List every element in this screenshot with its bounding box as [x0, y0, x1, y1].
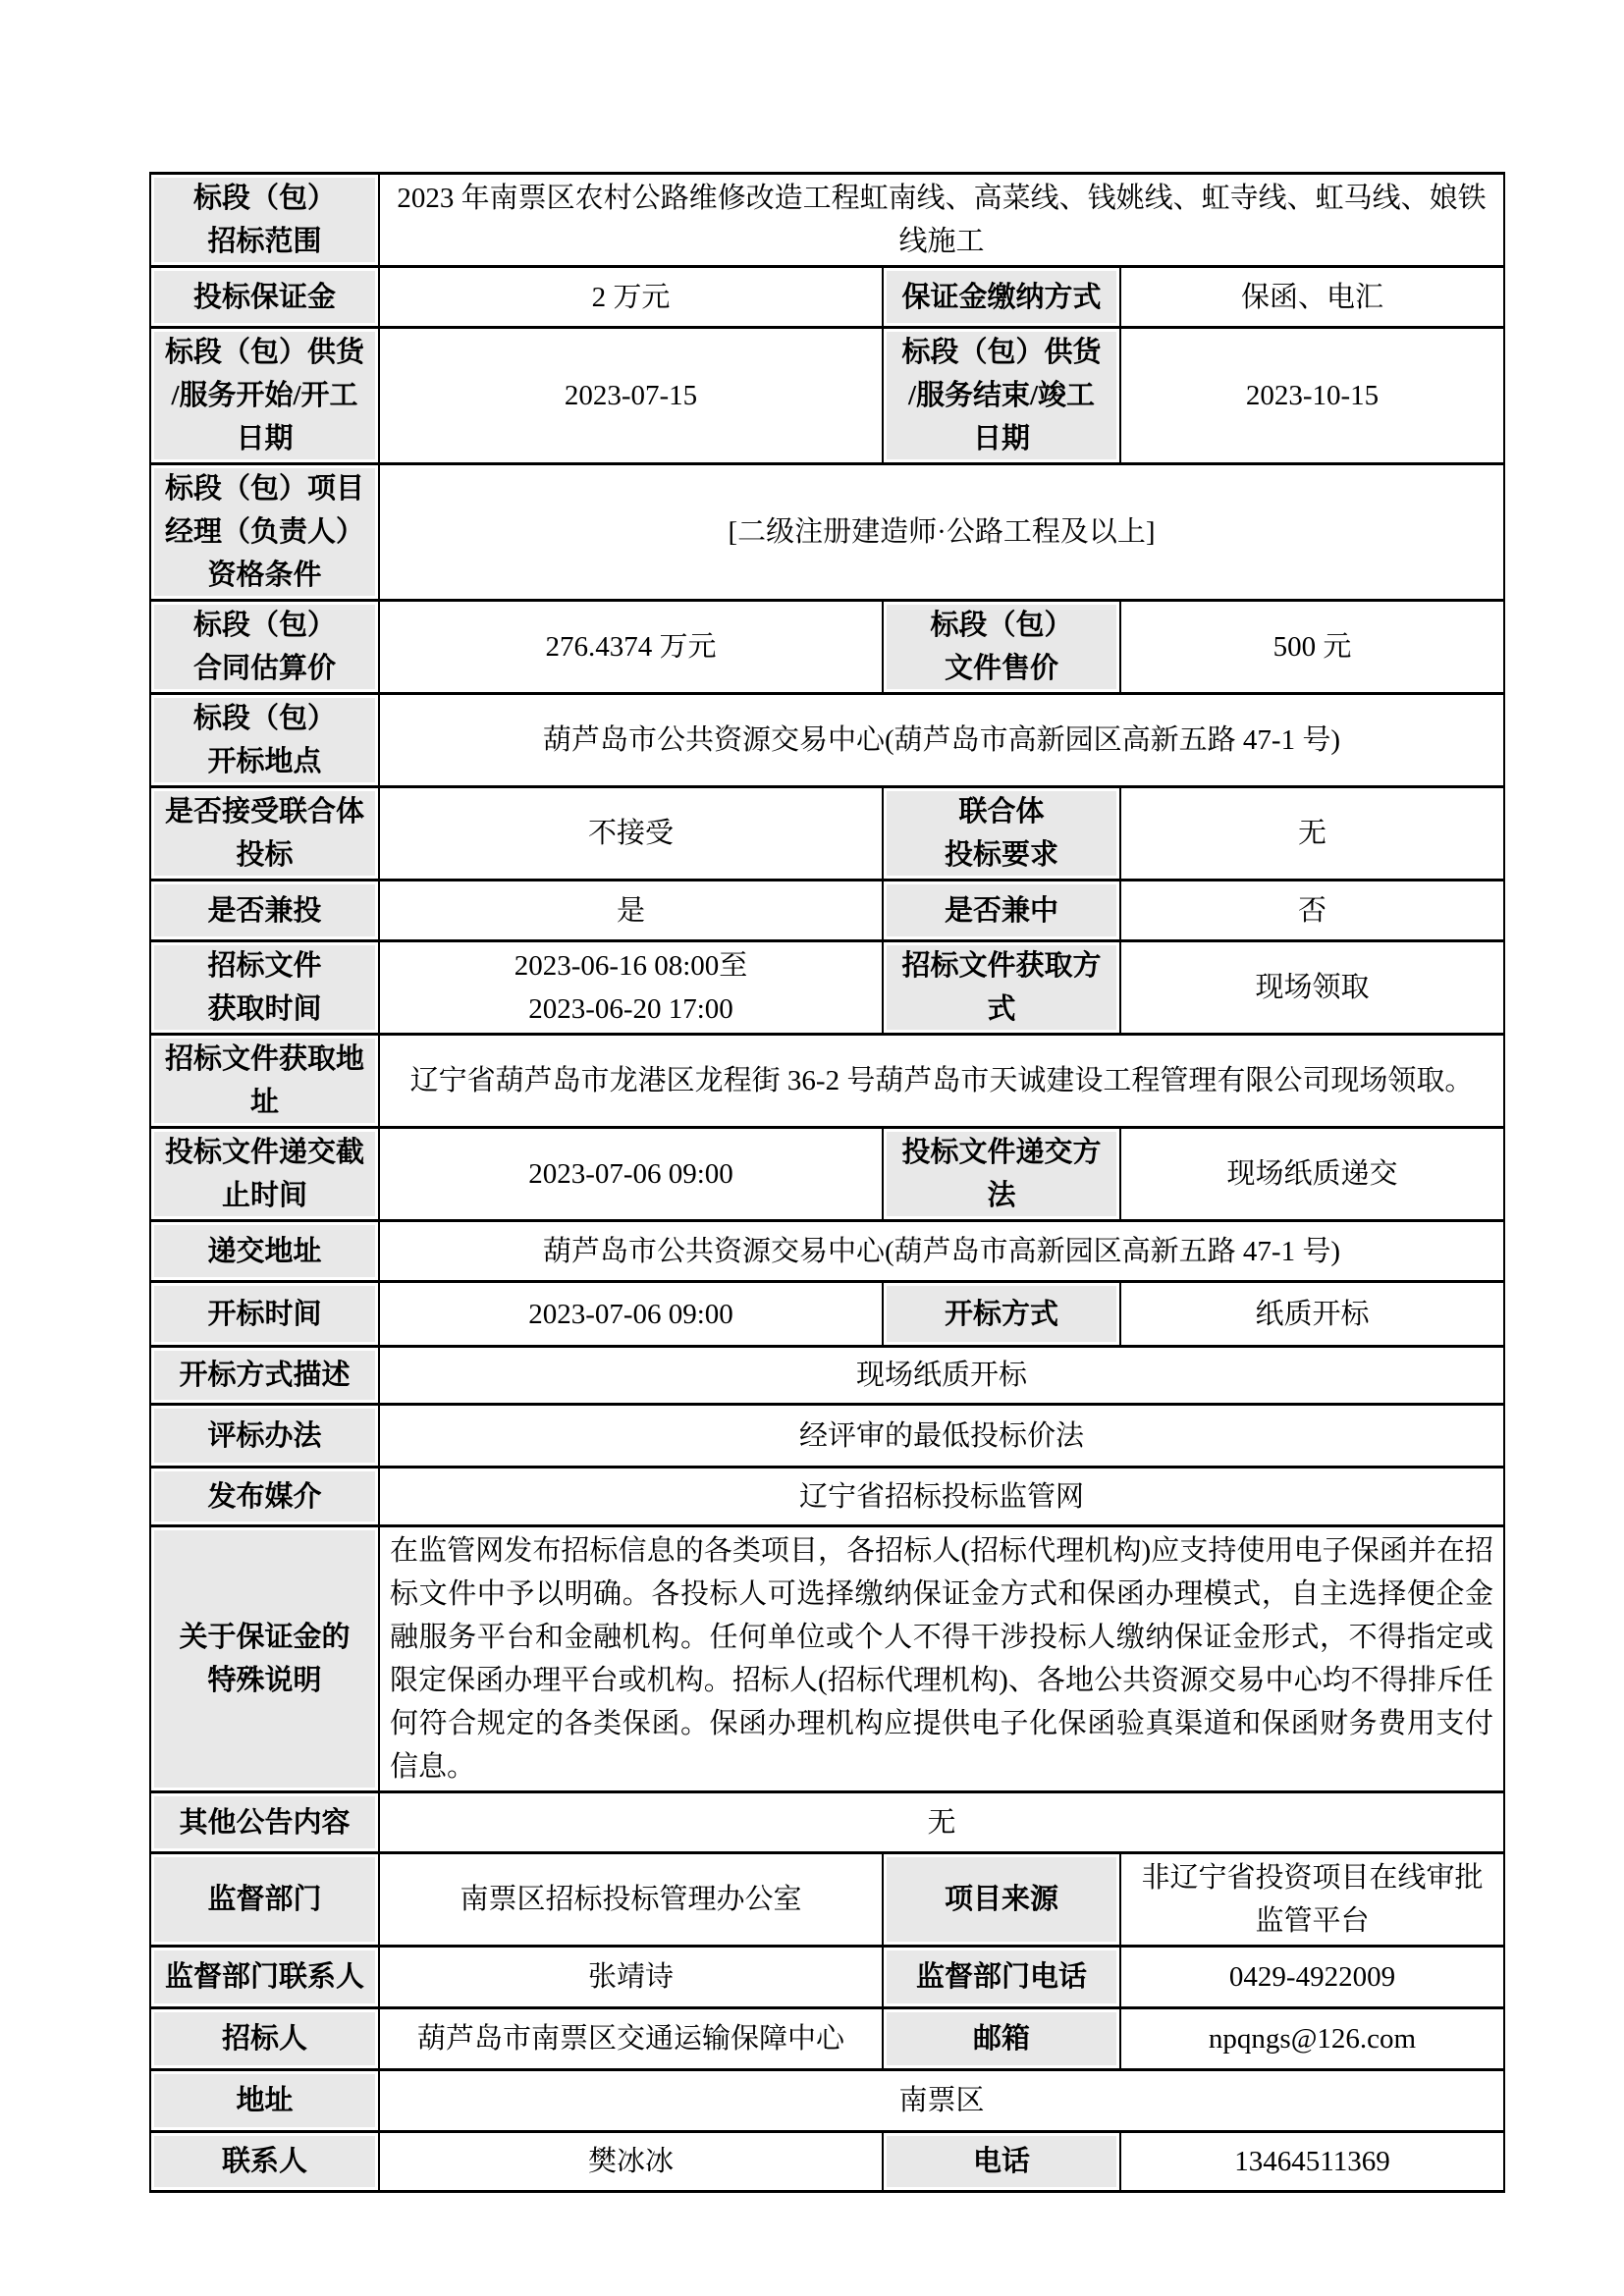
- row-value: 葫芦岛市公共资源交易中心(葫芦岛市高新园区高新五路 47-1 号): [379, 694, 1504, 787]
- cell-line: 监督部门: [161, 1878, 368, 1921]
- cell-line: 止时间: [161, 1174, 368, 1217]
- cell-line: 投标文件递交方: [893, 1131, 1110, 1174]
- table-row: 其他公告内容无: [150, 1792, 1504, 1853]
- table-row: 招标人葫芦岛市南票区交通运输保障中心邮箱npqngs@126.com: [150, 2008, 1504, 2070]
- row-label: 标段（包）开标地点: [150, 694, 379, 787]
- row-value: 樊冰冰: [379, 2132, 883, 2192]
- row-label: 监督部门联系人: [150, 1947, 379, 2008]
- cell-line: 项目来源: [893, 1878, 1110, 1921]
- cell-line: 辽宁省葫芦岛市龙港区龙程街 36-2 号葫芦岛市天诚建设工程管理有限公司现场领取…: [390, 1059, 1493, 1102]
- table-row: 关于保证金的特殊说明在监管网发布招标信息的各类项目，各招标人(招标代理机构)应支…: [150, 1526, 1504, 1792]
- cell-line: 葫芦岛市公共资源交易中心(葫芦岛市高新园区高新五路 47-1 号): [390, 1230, 1493, 1273]
- table-row: 评标办法经评审的最低投标价法: [150, 1405, 1504, 1468]
- cell-line: 投标保证金: [161, 276, 368, 319]
- row-label: 是否兼中: [883, 881, 1120, 941]
- cell-line: 投标要求: [893, 833, 1110, 877]
- cell-line: 张靖诗: [390, 1955, 872, 1999]
- row-value: 南票区招标投标管理办公室: [379, 1853, 883, 1947]
- cell-line: 现场领取: [1131, 966, 1493, 1009]
- cell-line: 邮箱: [893, 2017, 1110, 2060]
- cell-line: 投标: [161, 833, 368, 877]
- cell-line: npqngs@126.com: [1131, 2017, 1493, 2060]
- cell-line: 投标文件递交截: [161, 1131, 368, 1174]
- row-value: 2023-07-15: [379, 328, 883, 464]
- cell-line: 是: [390, 889, 872, 933]
- row-value: 否: [1120, 881, 1504, 941]
- cell-line: 2023-06-16 08:00至: [390, 944, 872, 988]
- cell-line: 经理（负责人）: [161, 510, 368, 554]
- cell-line: 2023-10-15: [1131, 374, 1493, 417]
- cell-line: 招标文件: [161, 944, 368, 988]
- cell-line: 开标地点: [161, 740, 368, 783]
- table-row: 递交地址葫芦岛市公共资源交易中心(葫芦岛市高新园区高新五路 47-1 号): [150, 1221, 1504, 1282]
- cell-line: 招标文件获取地: [161, 1038, 368, 1081]
- row-value: 2023-10-15: [1120, 328, 1504, 464]
- cell-line: 获取时间: [161, 988, 368, 1031]
- cell-line: 辽宁省招标投标监管网: [390, 1475, 1493, 1519]
- tender-info-table: 标段（包）招标范围2023 年南票区农村公路维修改造工程虹南线、高菜线、钱姚线、…: [149, 172, 1505, 2193]
- row-value: 现场纸质开标: [379, 1347, 1504, 1405]
- cell-line: 现场纸质开标: [390, 1354, 1493, 1397]
- row-label: 招标人: [150, 2008, 379, 2070]
- cell-line: 文件售价: [893, 647, 1110, 690]
- row-label: 保证金缴纳方式: [883, 267, 1120, 328]
- cell-line: 保证金缴纳方式: [893, 276, 1110, 319]
- row-label: 评标办法: [150, 1405, 379, 1468]
- row-label: 开标方式: [883, 1282, 1120, 1347]
- row-label: 标段（包）供货/服务开始/开工日期: [150, 328, 379, 464]
- cell-line: 递交地址: [161, 1230, 368, 1273]
- row-value: 276.4374 万元: [379, 601, 883, 694]
- cell-line: 在监管网发布招标信息的各类项目，各招标人(招标代理机构)应支持使用电子保函并在招…: [390, 1529, 1493, 1789]
- table-row: 标段（包）开标地点葫芦岛市公共资源交易中心(葫芦岛市高新园区高新五路 47-1 …: [150, 694, 1504, 787]
- cell-line: 标段（包）供货: [893, 331, 1110, 374]
- row-value: [二级注册建造师·公路工程及以上]: [379, 464, 1504, 601]
- row-value: 南票区: [379, 2070, 1504, 2132]
- row-label: 项目来源: [883, 1853, 1120, 1947]
- table-row: 招标文件获取地址辽宁省葫芦岛市龙港区龙程街 36-2 号葫芦岛市天诚建设工程管理…: [150, 1035, 1504, 1128]
- table-row: 投标文件递交截止时间2023-07-06 09:00投标文件递交方法现场纸质递交: [150, 1128, 1504, 1221]
- table-row: 监督部门南票区招标投标管理办公室项目来源非辽宁省投资项目在线审批监管平台: [150, 1853, 1504, 1947]
- row-label: 其他公告内容: [150, 1792, 379, 1853]
- row-label: 标段（包）文件售价: [883, 601, 1120, 694]
- table-row: 联系人樊冰冰电话13464511369: [150, 2132, 1504, 2192]
- cell-line: 式: [893, 988, 1110, 1031]
- cell-line: 标段（包）项目: [161, 467, 368, 510]
- row-value: 是: [379, 881, 883, 941]
- tender-table-body: 标段（包）招标范围2023 年南票区农村公路维修改造工程虹南线、高菜线、钱姚线、…: [150, 174, 1504, 2192]
- row-value: 辽宁省葫芦岛市龙港区龙程街 36-2 号葫芦岛市天诚建设工程管理有限公司现场领取…: [379, 1035, 1504, 1128]
- cell-line: 是否接受联合体: [161, 790, 368, 833]
- table-row: 标段（包）合同估算价276.4374 万元标段（包）文件售价500 元: [150, 601, 1504, 694]
- cell-line: 联合体: [893, 790, 1110, 833]
- cell-line: 纸质开标: [1131, 1293, 1493, 1336]
- row-value: 2023-07-06 09:00: [379, 1282, 883, 1347]
- row-label: 联合体投标要求: [883, 787, 1120, 881]
- cell-line: 500 元: [1131, 625, 1493, 668]
- cell-line: 无: [390, 1801, 1493, 1844]
- row-value: 纸质开标: [1120, 1282, 1504, 1347]
- table-row: 标段（包）招标范围2023 年南票区农村公路维修改造工程虹南线、高菜线、钱姚线、…: [150, 174, 1504, 267]
- cell-line: 保函、电汇: [1131, 276, 1493, 319]
- cell-line: 关于保证金的: [161, 1616, 368, 1659]
- cell-line: 合同估算价: [161, 647, 368, 690]
- row-label: 是否接受联合体投标: [150, 787, 379, 881]
- row-label: 投标文件递交截止时间: [150, 1128, 379, 1221]
- cell-line: 2023-07-06 09:00: [390, 1293, 872, 1336]
- cell-line: 电话: [893, 2140, 1110, 2183]
- row-label: 递交地址: [150, 1221, 379, 1282]
- row-label: 监督部门: [150, 1853, 379, 1947]
- cell-line: 监督部门电话: [893, 1955, 1110, 1999]
- row-value: 2 万元: [379, 267, 883, 328]
- row-label: 监督部门电话: [883, 1947, 1120, 2008]
- row-value: 13464511369: [1120, 2132, 1504, 2192]
- row-label: 地址: [150, 2070, 379, 2132]
- row-value: npqngs@126.com: [1120, 2008, 1504, 2070]
- table-row: 标段（包）项目经理（负责人）资格条件[二级注册建造师·公路工程及以上]: [150, 464, 1504, 601]
- row-value: 保函、电汇: [1120, 267, 1504, 328]
- cell-line: 13464511369: [1131, 2140, 1493, 2183]
- document-page: 标段（包）招标范围2023 年南票区农村公路维修改造工程虹南线、高菜线、钱姚线、…: [0, 0, 1624, 2296]
- cell-line: 标段（包）: [161, 177, 368, 220]
- cell-line: 招标文件获取方: [893, 944, 1110, 988]
- cell-line: 监督部门联系人: [161, 1955, 368, 1999]
- row-label: 关于保证金的特殊说明: [150, 1526, 379, 1792]
- cell-line: 非辽宁省投资项目在线审批监管平台: [1131, 1856, 1493, 1943]
- row-value: 张靖诗: [379, 1947, 883, 2008]
- table-row: 是否兼投是是否兼中否: [150, 881, 1504, 941]
- row-label: 招标文件获取方式: [883, 941, 1120, 1035]
- row-label: 标段（包）合同估算价: [150, 601, 379, 694]
- row-value: 葫芦岛市南票区交通运输保障中心: [379, 2008, 883, 2070]
- cell-line: 2023-06-20 17:00: [390, 988, 872, 1031]
- row-value: 辽宁省招标投标监管网: [379, 1468, 1504, 1526]
- cell-line: 是否兼中: [893, 889, 1110, 933]
- row-label: 标段（包）供货/服务结束/竣工日期: [883, 328, 1120, 464]
- row-value: 2023 年南票区农村公路维修改造工程虹南线、高菜线、钱姚线、虹寺线、虹马线、娘…: [379, 174, 1504, 267]
- row-label: 联系人: [150, 2132, 379, 2192]
- table-row: 发布媒介辽宁省招标投标监管网: [150, 1468, 1504, 1526]
- cell-line: 招标范围: [161, 220, 368, 263]
- row-value: 无: [1120, 787, 1504, 881]
- cell-line: 联系人: [161, 2140, 368, 2183]
- row-label: 是否兼投: [150, 881, 379, 941]
- row-label: 发布媒介: [150, 1468, 379, 1526]
- row-value: 500 元: [1120, 601, 1504, 694]
- cell-line: /服务结束/竣工: [893, 374, 1110, 417]
- table-row: 开标方式描述现场纸质开标: [150, 1347, 1504, 1405]
- row-label: 投标文件递交方法: [883, 1128, 1120, 1221]
- table-row: 地址南票区: [150, 2070, 1504, 2132]
- cell-line: 标段（包）供货: [161, 331, 368, 374]
- cell-line: 地址: [161, 2079, 368, 2122]
- cell-line: 南票区招标投标管理办公室: [390, 1878, 872, 1921]
- cell-line: 发布媒介: [161, 1475, 368, 1519]
- cell-line: [二级注册建造师·公路工程及以上]: [390, 510, 1493, 554]
- table-row: 开标时间2023-07-06 09:00开标方式纸质开标: [150, 1282, 1504, 1347]
- cell-line: 南票区: [390, 2079, 1493, 2122]
- table-row: 是否接受联合体投标不接受联合体投标要求无: [150, 787, 1504, 881]
- row-value: 现场领取: [1120, 941, 1504, 1035]
- cell-line: 葫芦岛市公共资源交易中心(葫芦岛市高新园区高新五路 47-1 号): [390, 719, 1493, 762]
- cell-line: 其他公告内容: [161, 1801, 368, 1844]
- cell-line: 葫芦岛市南票区交通运输保障中心: [390, 2017, 872, 2060]
- cell-line: 经评审的最低投标价法: [390, 1415, 1493, 1458]
- cell-line: 不接受: [390, 812, 872, 855]
- cell-line: 评标办法: [161, 1415, 368, 1458]
- cell-line: 特殊说明: [161, 1659, 368, 1702]
- row-label: 电话: [883, 2132, 1120, 2192]
- row-value: 0429-4922009: [1120, 1947, 1504, 2008]
- row-value: 非辽宁省投资项目在线审批监管平台: [1120, 1853, 1504, 1947]
- cell-line: 2023-07-06 09:00: [390, 1152, 872, 1196]
- cell-line: 2 万元: [390, 276, 872, 319]
- cell-line: 0429-4922009: [1131, 1955, 1493, 1999]
- row-value: 无: [379, 1792, 1504, 1853]
- cell-line: 址: [161, 1081, 368, 1124]
- cell-line: 否: [1131, 889, 1493, 933]
- cell-line: 招标人: [161, 2017, 368, 2060]
- cell-line: 是否兼投: [161, 889, 368, 933]
- row-label: 招标文件获取时间: [150, 941, 379, 1035]
- cell-line: 标段（包）: [161, 697, 368, 740]
- cell-line: 开标方式描述: [161, 1354, 368, 1397]
- cell-line: 2023 年南票区农村公路维修改造工程虹南线、高菜线、钱姚线、虹寺线、虹马线、娘…: [390, 177, 1493, 263]
- cell-line: 日期: [893, 417, 1110, 460]
- table-row: 招标文件获取时间2023-06-16 08:00至2023-06-20 17:0…: [150, 941, 1504, 1035]
- row-label: 投标保证金: [150, 267, 379, 328]
- cell-line: 樊冰冰: [390, 2140, 872, 2183]
- cell-line: /服务开始/开工: [161, 374, 368, 417]
- row-label: 开标方式描述: [150, 1347, 379, 1405]
- row-value: 经评审的最低投标价法: [379, 1405, 1504, 1468]
- cell-line: 276.4374 万元: [390, 625, 872, 668]
- row-value: 2023-07-06 09:00: [379, 1128, 883, 1221]
- row-label: 招标文件获取地址: [150, 1035, 379, 1128]
- table-row: 标段（包）供货/服务开始/开工日期2023-07-15标段（包）供货/服务结束/…: [150, 328, 1504, 464]
- cell-line: 资格条件: [161, 554, 368, 597]
- row-label: 开标时间: [150, 1282, 379, 1347]
- cell-line: 标段（包）: [161, 604, 368, 647]
- cell-line: 2023-07-15: [390, 374, 872, 417]
- cell-line: 开标方式: [893, 1293, 1110, 1336]
- cell-line: 法: [893, 1174, 1110, 1217]
- table-row: 投标保证金2 万元保证金缴纳方式保函、电汇: [150, 267, 1504, 328]
- row-value: 葫芦岛市公共资源交易中心(葫芦岛市高新园区高新五路 47-1 号): [379, 1221, 1504, 1282]
- row-label: 标段（包）招标范围: [150, 174, 379, 267]
- row-value: 不接受: [379, 787, 883, 881]
- cell-line: 开标时间: [161, 1293, 368, 1336]
- table-row: 监督部门联系人张靖诗监督部门电话0429-4922009: [150, 1947, 1504, 2008]
- row-value: 2023-06-16 08:00至2023-06-20 17:00: [379, 941, 883, 1035]
- row-value: 在监管网发布招标信息的各类项目，各招标人(招标代理机构)应支持使用电子保函并在招…: [379, 1526, 1504, 1792]
- cell-line: 现场纸质递交: [1131, 1152, 1493, 1196]
- cell-line: 日期: [161, 417, 368, 460]
- cell-line: 无: [1131, 812, 1493, 855]
- row-value: 现场纸质递交: [1120, 1128, 1504, 1221]
- row-label: 邮箱: [883, 2008, 1120, 2070]
- cell-line: 标段（包）: [893, 604, 1110, 647]
- row-label: 标段（包）项目经理（负责人）资格条件: [150, 464, 379, 601]
